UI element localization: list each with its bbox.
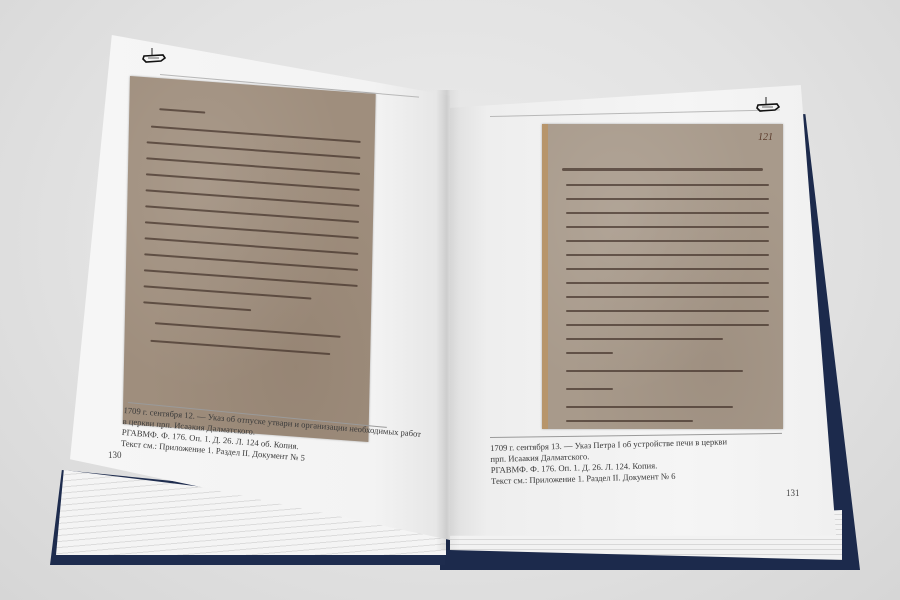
folio-number: 121: [758, 132, 773, 143]
ship-emblem-icon: [141, 48, 167, 64]
page-number-left: 130: [108, 450, 122, 460]
manuscript-image-left: [123, 76, 376, 442]
page-number-right: 131: [786, 488, 800, 498]
manuscript-image-right: 121: [542, 124, 783, 429]
book-gutter: [436, 90, 460, 550]
caption-right: 1709 г. сентября 13. — Указ Петра I об у…: [490, 436, 728, 487]
ship-emblem-icon: [755, 97, 781, 113]
